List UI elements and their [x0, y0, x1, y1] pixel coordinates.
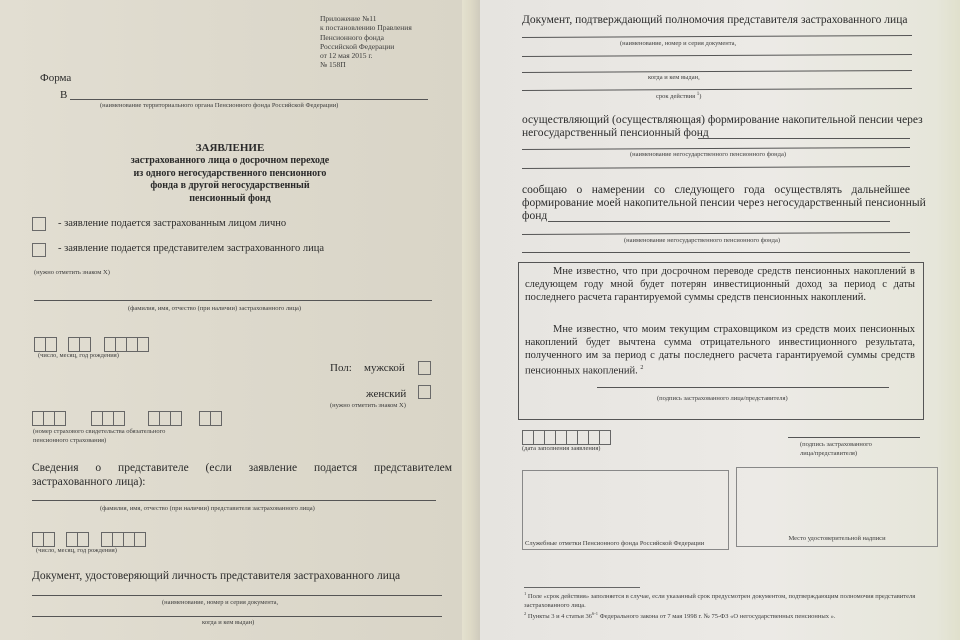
- to-field[interactable]: [70, 99, 428, 100]
- footnote-separator: [524, 587, 640, 588]
- option-personal-checkbox[interactable]: [32, 217, 46, 231]
- current-fund-line2: негосударственный пенсионный фонд: [522, 127, 709, 139]
- gender-male-checkbox[interactable]: [418, 361, 431, 375]
- rep-birth-day-cells[interactable]: [32, 532, 54, 547]
- footnote-2: 2 Пункты 3 и 4 статьи 366-1 Федерального…: [524, 610, 924, 622]
- header-line: № 158П: [320, 60, 460, 69]
- form-title: ЗАЯВЛЕНИЕ: [100, 142, 360, 154]
- intent-line3: фонд: [522, 210, 547, 222]
- to-caption: (наименование территориального органа Пе…: [100, 102, 338, 109]
- rep-doc-field-1[interactable]: [32, 595, 442, 596]
- sign-caption-line: лица/представителя): [800, 449, 872, 458]
- notice-sign-caption: (подпись застрахованного лица/представит…: [657, 395, 788, 402]
- page-gap: [462, 0, 480, 640]
- auth-caption1: (наименование, номер и серия документа,: [620, 40, 736, 47]
- notice-paragraph-2: Мне известно, что моим текущим страховщи…: [525, 323, 915, 378]
- footnotes: 1 Поле «срок действия» заполняется в слу…: [524, 590, 924, 622]
- subtitle-line: фонда в другой негосударственный: [90, 180, 370, 193]
- header-line: от 12 мая 2015 г.: [320, 51, 460, 60]
- auth-caption3-text: срок действия: [656, 93, 695, 100]
- auth-caption3: срок действия 1): [656, 92, 701, 100]
- footnote-1: 1 Поле «срок действия» заполняется в слу…: [524, 590, 924, 610]
- birth-day-cells[interactable]: [34, 337, 56, 352]
- rep-name-caption: (фамилия, имя, отчество (при наличии) пр…: [100, 505, 315, 512]
- date-caption: (дата заполнения заявления): [522, 445, 600, 452]
- current-fund-field-2[interactable]: [522, 147, 910, 150]
- footnote-1-text: Поле «срок действия» заполняется в случа…: [524, 593, 915, 609]
- rep-birth-month-cells[interactable]: [66, 532, 88, 547]
- insured-name-caption: (фамилия, имя, отчество (при наличии) за…: [128, 305, 301, 312]
- rep-birth-caption: (число, месяц, год рождения): [36, 547, 117, 554]
- gender-label: Пол:: [330, 362, 352, 374]
- footnote-2-text-b: Федерального закона от 7 мая 1998 г. № 7…: [598, 613, 835, 620]
- gender-hint: (нужно отметить знаком Х): [330, 402, 406, 409]
- snils-caption: (номер страхового свидетельства обязател…: [33, 427, 165, 445]
- insured-name-field[interactable]: [34, 300, 432, 301]
- subtitle-line: пенсионный фонд: [90, 193, 370, 206]
- fund-caption2: (наименование негосударственного пенсион…: [624, 237, 780, 244]
- fill-date-cells[interactable]: [522, 430, 610, 445]
- snils-cells-3[interactable]: [148, 411, 181, 426]
- auth-doc-field-1[interactable]: [522, 35, 912, 38]
- rep-doc-caption2: когда и кем выдан): [202, 619, 254, 626]
- notice-box: Мне известно, что при досрочном переводе…: [518, 262, 924, 420]
- auth-doc-field-3[interactable]: [522, 70, 912, 73]
- auth-doc-heading: Документ, подтверждающий полномочия пред…: [522, 14, 907, 26]
- footnote-ref: 2: [640, 365, 643, 371]
- rep-doc-field-2[interactable]: [32, 616, 442, 617]
- option-representative-checkbox[interactable]: [32, 243, 46, 257]
- sign-caption-line: (подпись застрахованного: [800, 440, 872, 449]
- pfr-marks-box: Служебные отметки Пенсионного фонда Росс…: [522, 470, 729, 550]
- current-fund-line1: осуществляющий (осуществляющая) формиров…: [522, 114, 923, 126]
- notice-signature-field[interactable]: [597, 387, 889, 388]
- rep-doc-caption1: (наименование, номер и серия документа,: [162, 599, 278, 606]
- header-line: Российской Федерации: [320, 42, 460, 51]
- form-label: Форма: [40, 72, 71, 84]
- rep-heading-line1: Сведения о представителе (если заявление…: [32, 462, 437, 474]
- notice-paragraph-2-text: Мне известно, что моим текущим страховщи…: [525, 324, 915, 377]
- option-personal-label: - заявление подается застрахованным лицо…: [58, 218, 286, 229]
- rep-birth-year-cells[interactable]: [101, 532, 145, 547]
- mark-hint: (нужно отметить знаком Х): [34, 269, 110, 276]
- left-page: Приложение №11 к постановлению Правления…: [0, 0, 462, 640]
- rep-heading-line2: застрахованного лица):: [32, 476, 146, 488]
- birth-month-cells[interactable]: [68, 337, 90, 352]
- footnote-ref: 1: [697, 92, 700, 97]
- signature-field[interactable]: [788, 437, 920, 438]
- cert-box-caption: Место удостоверительной надписи: [737, 535, 937, 542]
- birth-caption: (число, месяц, год рождения): [38, 352, 119, 359]
- new-fund-field-1[interactable]: [548, 221, 890, 222]
- current-fund-field-1[interactable]: [698, 138, 910, 139]
- birth-year-cells[interactable]: [104, 337, 148, 352]
- gender-female-checkbox[interactable]: [418, 385, 431, 399]
- subtitle-line: из одного негосударственного пенсионного: [90, 168, 370, 181]
- rep-doc-heading: Документ, удостоверяющий личность предст…: [32, 570, 400, 582]
- footnote-mark: 1: [524, 591, 526, 596]
- snils-caption-line: пенсионного страхования): [33, 436, 165, 445]
- header-line: Приложение №11: [320, 14, 460, 23]
- rep-name-field[interactable]: [32, 500, 436, 501]
- certification-box: Место удостоверительной надписи: [736, 467, 938, 547]
- to-label: В: [60, 89, 67, 101]
- option-representative-label: - заявление подается представителем заст…: [58, 243, 324, 254]
- pfr-box-caption: Служебные отметки Пенсионного фонда Росс…: [525, 540, 704, 547]
- gender-female-label: женский: [366, 388, 406, 400]
- gender-male-label: мужской: [364, 362, 405, 374]
- subtitle-line: застрахованного лица о досрочном переход…: [90, 155, 370, 168]
- new-fund-field-2[interactable]: [522, 232, 910, 235]
- snils-cells-4[interactable]: [199, 411, 221, 426]
- sign-caption: (подпись застрахованного лица/представит…: [800, 440, 872, 458]
- intent-line2: формирование моей накопительной пенсии ч…: [522, 197, 926, 209]
- form-subtitle: застрахованного лица о досрочном переход…: [90, 155, 370, 205]
- header-line: к постановлению Правления: [320, 23, 460, 32]
- current-fund-field-3[interactable]: [522, 166, 910, 169]
- header-note: Приложение №11 к постановлению Правления…: [320, 14, 460, 70]
- new-fund-field-3[interactable]: [522, 252, 910, 253]
- snils-cells-2[interactable]: [91, 411, 124, 426]
- auth-caption2: когда и кем выдан,: [648, 74, 700, 81]
- header-line: Пенсионного фонда: [320, 33, 460, 42]
- notice-paragraph-1: Мне известно, что при досрочном переводе…: [525, 265, 915, 304]
- right-page: Документ, подтверждающий полномочия пред…: [480, 0, 960, 640]
- snils-caption-line: (номер страхового свидетельства обязател…: [33, 427, 165, 436]
- auth-doc-field-2[interactable]: [522, 54, 912, 57]
- auth-doc-field-4[interactable]: [522, 88, 912, 91]
- fund-caption: (наименование негосударственного пенсион…: [630, 151, 786, 158]
- snils-cells-1[interactable]: [32, 411, 65, 426]
- intent-line1: сообщаю о намерении со следующего года о…: [522, 184, 910, 196]
- footnote-2-text-a: Пункты 3 и 4 статьи 36: [528, 613, 592, 620]
- footnote-mark: 2: [524, 611, 526, 616]
